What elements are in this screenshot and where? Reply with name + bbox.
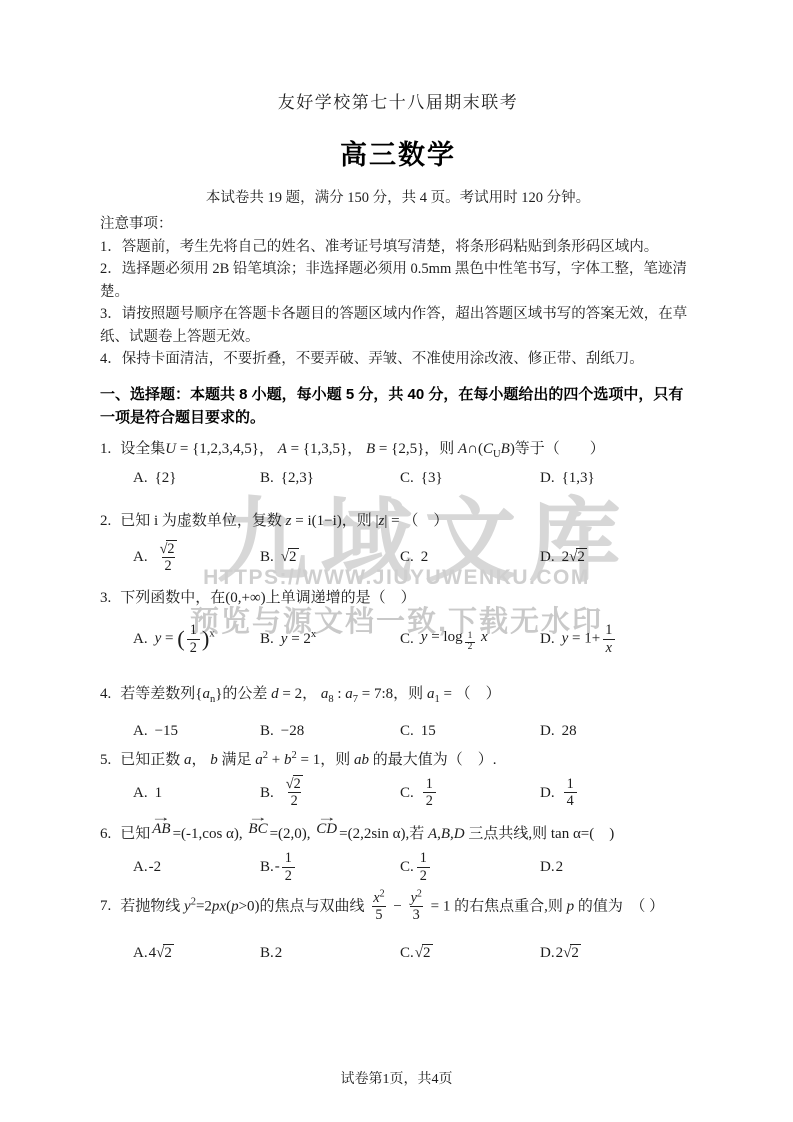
fraction: 12 (465, 632, 476, 653)
fraction-denominator: 2 (423, 792, 436, 809)
option-value: 2 (556, 856, 564, 878)
option: B.√2 (260, 546, 400, 568)
fraction-numerator: 1 (602, 622, 615, 638)
big-paren: ( (177, 626, 185, 651)
option-value: {2,3} (281, 467, 314, 489)
math-var: A (278, 441, 287, 457)
fraction-numerator: √2 (283, 776, 306, 792)
option: B.√22 (260, 776, 400, 810)
vector: →AB (152, 813, 170, 837)
option: D.2√2 (540, 942, 696, 964)
option: A.−15 (133, 720, 260, 742)
radical-body: 2 (570, 944, 581, 961)
option: B.2 (260, 942, 400, 964)
fraction-numerator: 1 (187, 622, 200, 638)
option-label: B. (260, 782, 274, 804)
fraction: √22 (283, 776, 306, 810)
question: 6.已知→AB=(-1,cos α), →BC=(2,0), →CD=(2,2s… (100, 822, 696, 884)
subscript: U (493, 449, 501, 460)
options-row: A.−15B.−28C.15D.28 (100, 720, 696, 742)
vector-base: AB (152, 822, 170, 837)
option-label: D. (540, 942, 555, 964)
fraction: 12 (187, 622, 200, 656)
options-row: A.4√2B.2C.√2D.2√2 (100, 942, 696, 964)
vector: →BC (248, 813, 267, 837)
section-heading: 一、选择题：本题共 8 小题，每小题 5 分，共 40 分，在每小题给出的四个选… (100, 383, 696, 429)
question: 4.若等差数列{an}的公差 d = 2， a8 : a7 = 7:8，则 a1… (100, 682, 696, 742)
option-value: y = 1+1x (562, 622, 618, 656)
math-var: a (202, 686, 210, 702)
note-item: 4．保持卡面清洁，不要折叠，不要弄破、弄皱、不准使用涂改液、修正带、刮纸刀。 (100, 348, 696, 371)
fraction-denominator: x (603, 639, 615, 656)
math-var: a (184, 752, 192, 768)
option-value: 12 (421, 776, 438, 810)
superscript: 2 (417, 888, 422, 899)
option: A.y = (12)x (133, 622, 260, 656)
option-value: 2√2 (556, 942, 581, 964)
option-label: D. (540, 546, 555, 568)
math-var: ab (354, 752, 369, 768)
option-value: -2 (149, 856, 162, 878)
option-label: B. (260, 467, 274, 489)
option-label: C. (400, 546, 414, 568)
option-label: A. (133, 720, 148, 742)
radical: √2 (286, 776, 303, 792)
option-label: A. (133, 467, 148, 489)
math-var: p (567, 898, 575, 914)
question-stem: 1.设全集U = {1,2,3,4,5}， A = {1,3,5}， B = {… (100, 437, 696, 461)
question: 5.已知正数 a， b 满足 a2 + b2 = 1，则 ab 的最大值为（ ）… (100, 748, 696, 810)
fraction-denominator: 2 (162, 557, 175, 574)
question-number: 1. (100, 441, 111, 457)
vector-arrow-icon: → (151, 813, 171, 822)
subscript: 12 (463, 637, 478, 648)
question-stem: 5.已知正数 a， b 满足 a2 + b2 = 1，则 ab 的最大值为（ ）… (100, 748, 696, 772)
option-value: −15 (155, 720, 178, 742)
math-var: y (155, 631, 162, 647)
option: D.2 (540, 856, 696, 878)
fraction-denominator: 2 (417, 867, 430, 884)
math-var: y (562, 631, 569, 647)
option: A.{2} (133, 467, 260, 489)
question: 7.若抛物线 y2=2px(p>0)的焦点与双曲线 x25 − y23 = 1 … (100, 890, 696, 964)
fraction: 12 (417, 850, 430, 884)
option-value: {2} (155, 467, 177, 489)
fraction-numerator: 1 (564, 776, 577, 792)
note-item: 1．答题前，考生先将自己的姓名、准考证号填写清楚，将条形码粘贴到条形码区域内。 (100, 236, 696, 259)
fraction-denominator: 5 (372, 906, 385, 923)
option: C.12 (400, 850, 540, 884)
question-stem: 7.若抛物线 y2=2px(p>0)的焦点与双曲线 x25 − y23 = 1 … (100, 890, 696, 924)
question-stem: 3.下列函数中，在(0,+∞)上单调递增的是（ ） (100, 586, 696, 610)
option-value: y = 2x (281, 628, 316, 650)
question-number: 4. (100, 686, 111, 702)
option-value: y = log12 x (421, 626, 488, 653)
superscript: x (311, 629, 316, 640)
option-value: √2 (415, 942, 433, 964)
question-stem: 2.已知 i 为虚数单位，复数 z = i(1−i)，则 |z| = （ ） (100, 509, 696, 533)
superscript: 2 (191, 896, 196, 907)
fraction-denominator: 2 (187, 639, 200, 656)
questions-list: 1.设全集U = {1,2,3,4,5}， A = {1,3,5}， B = {… (100, 437, 696, 964)
option-value: 28 (562, 720, 577, 742)
exam-page: 九域文库 HTTPS://WWW.JIUYUWENKU.COM 预览与源文档一致… (0, 0, 793, 1122)
fraction: 12 (423, 776, 436, 810)
question: 2.已知 i 为虚数单位，复数 z = i(1−i)，则 |z| = （ ）A.… (100, 509, 696, 575)
radical-body: 2 (163, 944, 174, 961)
option: C.2 (400, 546, 540, 568)
option: A.4√2 (133, 942, 260, 964)
fraction: 14 (564, 776, 577, 810)
option-label: D. (540, 628, 555, 650)
radical: √2 (415, 945, 433, 961)
fraction: √22 (157, 541, 180, 575)
note-item: 2．选择题必须用 2B 铅笔填涂；非选择题必须用 0.5mm 黑色中性笔书写，字… (100, 258, 696, 303)
notes-section: 注意事项： 1．答题前，考生先将自己的姓名、准考证号填写清楚，将条形码粘贴到条形… (100, 213, 696, 371)
option-value: 2 (275, 942, 283, 964)
option-label: C. (400, 628, 414, 650)
option-label: C. (400, 782, 414, 804)
radical-body: 2 (422, 944, 433, 961)
option: A.-2 (133, 856, 260, 878)
options-row: A.-2B.-12C.12D.2 (100, 850, 696, 884)
option: A.1 (133, 782, 260, 804)
question-number: 3. (100, 590, 111, 606)
option-value: 1 (155, 782, 163, 804)
exam-title: 友好学校第七十八届期末联考 (100, 88, 696, 113)
option-value: -12 (275, 850, 297, 884)
option-label: B. (260, 546, 274, 568)
notes-list: 1．答题前，考生先将自己的姓名、准考证号填写清楚，将条形码粘贴到条形码区域内。2… (100, 236, 696, 371)
math-var: z (286, 513, 292, 529)
question: 3.下列函数中，在(0,+∞)上单调递增的是（ ）A.y = (12)xB.y … (100, 586, 696, 656)
option-label: B. (260, 628, 274, 650)
option-label: A. (133, 782, 148, 804)
fraction-numerator: y2 (408, 890, 425, 906)
vector-base: CD (316, 822, 337, 837)
exam-info: 本试卷共 19 题，满分 150 分，共 4 页。考试用时 120 分钟。 (100, 186, 696, 207)
option-label: D. (540, 467, 555, 489)
option-value: √22 (155, 541, 182, 575)
radical-body: 2 (166, 540, 176, 557)
math-var: b (284, 752, 292, 768)
fraction: y23 (408, 890, 425, 924)
radical: √2 (156, 945, 174, 961)
option-label: B. (260, 720, 274, 742)
option-value: 15 (421, 720, 436, 742)
option-label: A. (133, 628, 148, 650)
vector-arrow-icon: → (317, 813, 337, 822)
option-label: C. (400, 856, 414, 878)
page-footer: 试卷第1页，共4页 (0, 1068, 793, 1088)
option: D.y = 1+1x (540, 622, 696, 656)
option: C.{3} (400, 467, 540, 489)
math-var: a (255, 752, 263, 768)
subscript: 7 (353, 694, 358, 705)
note-item: 3．请按照题号顺序在答题卡各题目的答题区域内作答，超出答题区域书写的答案无效，在… (100, 303, 696, 348)
superscript: x (209, 629, 214, 640)
option-label: D. (540, 782, 555, 804)
math-var: x (606, 640, 612, 656)
fraction-numerator: 1 (465, 632, 476, 642)
option-value: −28 (281, 720, 304, 742)
option: A.√22 (133, 541, 260, 575)
superscript: 2 (292, 750, 297, 761)
fraction-denominator: 2 (282, 867, 295, 884)
fraction-numerator: 1 (417, 850, 430, 866)
options-row: A.{2}B.{2,3}C.{3}D.{1,3} (100, 467, 696, 489)
vector-arrow-icon: → (248, 813, 268, 822)
superscript: 2 (380, 888, 385, 899)
option: C.12 (400, 776, 540, 810)
question-number: 6. (100, 826, 111, 842)
fraction-denominator: 3 (410, 906, 423, 923)
option: B.{2,3} (260, 467, 400, 489)
option: C.15 (400, 720, 540, 742)
math-var: p (231, 898, 239, 914)
option: B.−28 (260, 720, 400, 742)
option-value: {3} (421, 467, 443, 489)
question-stem: 4.若等差数列{an}的公差 d = 2， a8 : a7 = 7:8，则 a1… (100, 682, 696, 706)
page-content: 友好学校第七十八届期末联考 高三数学 本试卷共 19 题，满分 150 分，共 … (100, 0, 696, 964)
option-value: 12 (415, 850, 432, 884)
fraction-denominator: 4 (564, 792, 577, 809)
radical: √2 (563, 945, 581, 961)
option-label: A. (133, 942, 148, 964)
fraction-numerator: √2 (157, 541, 180, 557)
option: D.28 (540, 720, 696, 742)
exam-subject: 高三数学 (100, 133, 696, 172)
option-label: C. (400, 942, 414, 964)
math-var: b (210, 752, 218, 768)
math-var: B (366, 441, 375, 457)
fraction: 1x (602, 622, 615, 656)
math-var: C (483, 441, 493, 457)
fraction-numerator: 1 (282, 850, 295, 866)
fraction-numerator: 1 (423, 776, 436, 792)
option-value: 14 (562, 776, 579, 810)
option-value: {1,3} (562, 467, 595, 489)
option-label: B. (260, 942, 274, 964)
fraction: x25 (370, 890, 387, 924)
math-var: px (212, 898, 226, 914)
option-label: D. (540, 856, 555, 878)
superscript: 2 (263, 750, 268, 761)
option-value: y = (12)x (155, 622, 215, 656)
subscript: n (210, 694, 215, 705)
fraction-denominator: 2 (288, 792, 301, 809)
option-value: √22 (281, 776, 308, 810)
option: C.y = log12 x (400, 626, 540, 653)
radical: √2 (281, 549, 299, 565)
option-value: 2 (421, 546, 429, 568)
math-var: y (281, 631, 288, 647)
question-stem: 6.已知→AB=(-1,cos α), →BC=(2,0), →CD=(2,2s… (100, 822, 696, 847)
option-label: B. (260, 856, 274, 878)
math-var: y (421, 629, 428, 645)
question-number: 2. (100, 513, 111, 529)
option-value: 4√2 (149, 942, 174, 964)
option-value: √2 (281, 546, 299, 568)
vector: →CD (316, 813, 337, 837)
option-label: A. (133, 546, 148, 568)
notes-heading: 注意事项： (100, 213, 696, 236)
subscript: 8 (328, 694, 333, 705)
question: 1.设全集U = {1,2,3,4,5}， A = {1,3,5}， B = {… (100, 437, 696, 489)
fraction-denominator: 2 (465, 642, 476, 653)
option-label: D. (540, 720, 555, 742)
radical-body: 2 (288, 548, 299, 565)
radical-body: 2 (576, 548, 587, 565)
subscript: 1 (434, 694, 439, 705)
math-var: A,B,D (428, 826, 465, 842)
math-var: z (379, 513, 385, 529)
radical: √2 (569, 549, 587, 565)
option-label: C. (400, 467, 414, 489)
math-var: y (184, 898, 191, 914)
option: D.14 (540, 776, 696, 810)
math-var: B (501, 441, 510, 457)
math-var: d (271, 686, 279, 702)
option-value: 2√2 (562, 546, 587, 568)
option-label: A. (133, 856, 148, 878)
math-var: A (458, 441, 467, 457)
question-number: 7. (100, 898, 111, 914)
radical: √2 (160, 541, 177, 557)
option: C.√2 (400, 942, 540, 964)
option: D.{1,3} (540, 467, 696, 489)
math-var: x (481, 629, 488, 645)
math-var: U (165, 441, 176, 457)
option: B.-12 (260, 850, 400, 884)
vector-base: BC (248, 822, 267, 837)
option: B.y = 2x (260, 628, 400, 650)
radical-body: 2 (293, 775, 303, 792)
fraction-numerator: x2 (370, 890, 387, 906)
option: D.2√2 (540, 546, 696, 568)
question-number: 5. (100, 752, 111, 768)
math-var: a (345, 686, 353, 702)
options-row: A.√22B.√2C.2D.2√2 (100, 541, 696, 575)
options-row: A.y = (12)xB.y = 2xC.y = log12 xD.y = 1+… (100, 622, 696, 656)
option-label: C. (400, 720, 414, 742)
options-row: A.1B.√22C.12D.14 (100, 776, 696, 810)
fraction: 12 (282, 850, 295, 884)
